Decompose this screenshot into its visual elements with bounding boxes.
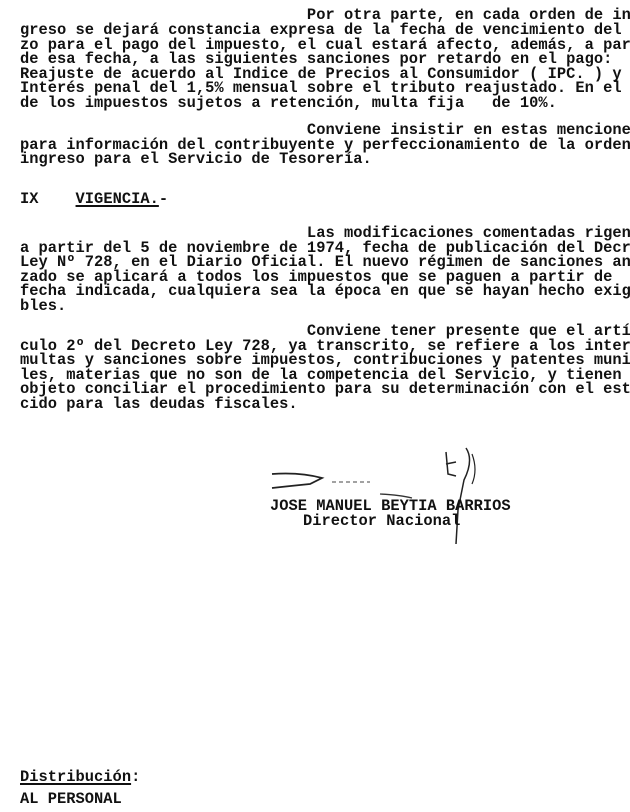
section-number: IX: [20, 190, 39, 208]
section-title: VIGENCIA.: [76, 190, 159, 208]
distribution-recipient: AL PERSONAL: [20, 792, 122, 807]
section-heading: IX VIGENCIA.-: [20, 192, 168, 207]
distribution-label: Distribución: [20, 768, 131, 786]
signatory-title: Director Nacional: [303, 514, 460, 529]
distribution-colon: :: [131, 768, 140, 786]
document-page: Por otra parte, en cada orden de in- gre…: [0, 0, 630, 812]
text-line: fecha indicada, cualquiera sea la época …: [20, 284, 630, 299]
text-line: bles.: [20, 299, 66, 314]
text-line: cido para las deudas fiscales.: [20, 397, 298, 412]
handwritten-signature: [260, 440, 500, 550]
text-line: ingreso para el Servicio de Tesorería.: [20, 152, 372, 167]
distribution-label-row: Distribución:: [20, 770, 140, 785]
section-title-suffix: -: [159, 190, 168, 208]
text-line: de los impuestos sujetos a retención, mu…: [20, 96, 557, 111]
